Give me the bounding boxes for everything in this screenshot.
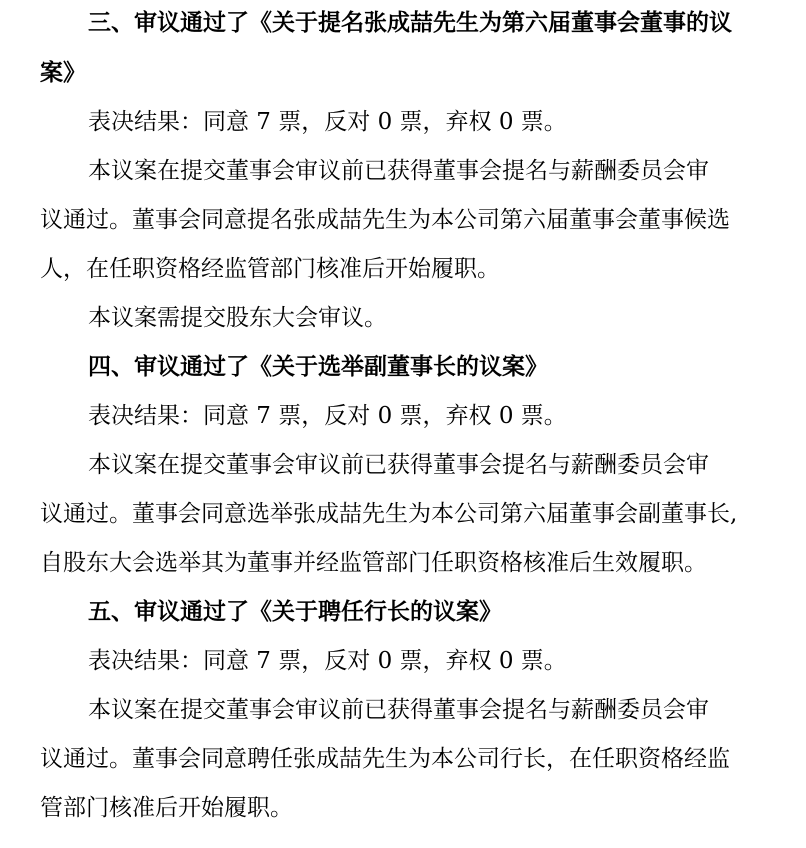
section-3-body-line-1: 本议案在提交董事会审议前已获得董事会提名与薪酬委员会审 xyxy=(88,156,709,186)
section-3-body-line-2: 议通过。董事会同意提名张成喆先生为本公司第六届董事会董事候选 xyxy=(40,205,730,235)
section-3-heading-line-2: 案》 xyxy=(40,58,86,88)
section-4-body-line-2: 议通过。董事会同意选举张成喆先生为本公司第六届董事会副董事长, xyxy=(40,499,737,529)
section-5-body-line-3: 管部门核准后开始履职。 xyxy=(40,793,293,823)
section-4-heading: 四、审议通过了《关于选举副董事长的议案》 xyxy=(88,352,548,382)
section-3-body-line-3: 人，在任职资格经监管部门核准后开始履职。 xyxy=(40,254,500,284)
section-5-heading: 五、审议通过了《关于聘任行长的议案》 xyxy=(88,597,502,627)
section-4-vote-result: 表决结果：同意 7 票，反对 0 票，弃权 0 票。 xyxy=(88,401,567,431)
section-5-body-line-2: 议通过。董事会同意聘任张成喆先生为本公司行长，在任职资格经监 xyxy=(40,744,730,774)
section-4-body-line-3: 自股东大会选举其为董事并经监管部门任职资格核准后生效履职。 xyxy=(40,548,707,578)
section-3-heading-line-1: 三、审议通过了《关于提名张成喆先生为第六届董事会董事的议 xyxy=(88,8,732,38)
section-3-note: 本议案需提交股东大会审议。 xyxy=(88,303,387,333)
section-5-body-line-1: 本议案在提交董事会审议前已获得董事会提名与薪酬委员会审 xyxy=(88,695,709,725)
section-5-vote-result: 表决结果：同意 7 票，反对 0 票，弃权 0 票。 xyxy=(88,646,567,676)
section-3-vote-result: 表决结果：同意 7 票，反对 0 票，弃权 0 票。 xyxy=(88,107,567,137)
section-4-body-line-1: 本议案在提交董事会审议前已获得董事会提名与薪酬委员会审 xyxy=(88,450,709,480)
